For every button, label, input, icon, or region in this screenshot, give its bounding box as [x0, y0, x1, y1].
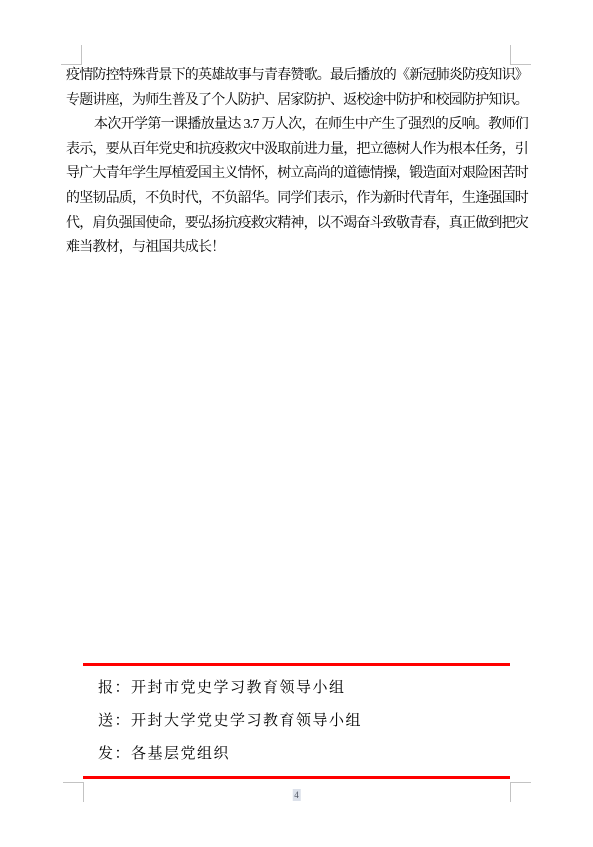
distribution-row-report: 报：开封市党史学习教育领导小组	[83, 672, 510, 705]
body-paragraph: 本次开学第一课播放量达 3.7 万人次，在师生中产生了强烈的反响。教师们表示，要…	[66, 113, 528, 261]
distribution-row-issue: 发：各基层党组织	[83, 738, 510, 771]
distribution-block: 报：开封市党史学习教育领导小组 送：开封大学党史学习教育领导小组 发：各基层党组…	[83, 663, 510, 779]
body-paragraph: 疫情防控特殊背景下的英雄故事与青春赞歌。最后播放的《新冠肺炎防疫知识》专题讲座，…	[66, 64, 528, 113]
page-number: 4	[292, 789, 301, 801]
body-text-block: 疫情防控特殊背景下的英雄故事与青春赞歌。最后播放的《新冠肺炎防疫知识》专题讲座，…	[66, 64, 528, 261]
text-boundary-mark-bottom-left	[63, 782, 84, 802]
document-page: 疫情防控特殊背景下的英雄故事与青春赞歌。最后播放的《新冠肺炎防疫知识》专题讲座，…	[0, 0, 593, 847]
distribution-rows: 报：开封市党史学习教育领导小组 送：开封大学党史学习教育领导小组 发：各基层党组…	[83, 666, 510, 776]
text-boundary-mark-top-left	[61, 45, 82, 65]
text-boundary-mark-bottom-right	[510, 782, 531, 802]
red-separator-bottom	[83, 776, 510, 779]
text-boundary-mark-top-right	[510, 45, 531, 65]
distribution-row-send: 送：开封大学党史学习教育领导小组	[83, 705, 510, 738]
